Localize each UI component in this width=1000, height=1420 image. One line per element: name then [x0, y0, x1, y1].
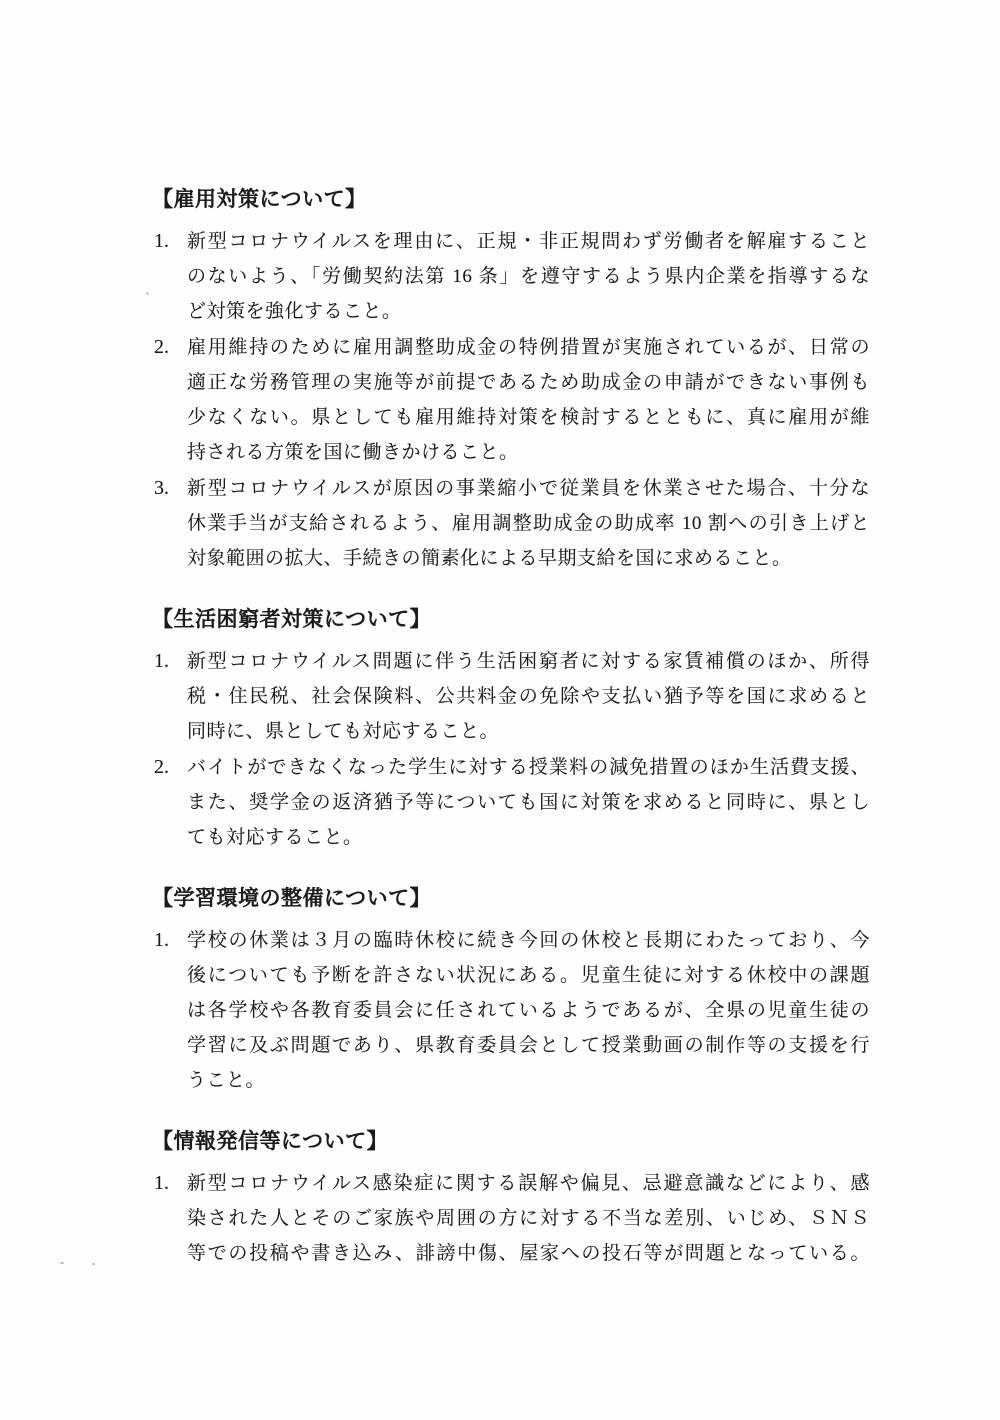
text-line: 新型コロナウイルス感染症に関する誤解や偏見、忌避意識などにより、感 — [187, 1166, 870, 1201]
item-number: 2. — [154, 330, 169, 365]
scan-artifact — [60, 1262, 64, 1264]
text-line: 染された人とそのご家族や周囲の方に対する不当な差別、いじめ、ＳＮＳ — [187, 1201, 870, 1236]
text-line: 同時に、県としても対応すること。 — [187, 714, 870, 749]
text-line: ど対策を強化すること。 — [187, 294, 870, 329]
section-heading: 【生活困窮者対策について】 — [152, 604, 870, 634]
list-item: 2. 雇用維持のために雇用調整助成金の特例措置が実施されているが、日常の 適正な… — [152, 330, 870, 470]
section-employment: 【雇用対策について】 1. 新型コロナウイルスを理由に、正規・非正規問わず労働者… — [152, 184, 870, 576]
list-item: 2. バイトができなくなった学生に対する授業料の減免措置のほか生活費支援、 また… — [152, 750, 870, 855]
section-heading: 【情報発信等について】 — [152, 1126, 870, 1156]
scan-artifact — [92, 1263, 95, 1265]
text-line: 学校の休業は３月の臨時休校に続き今回の休校と長期にわたっており、今 — [187, 923, 870, 958]
item-number: 1. — [154, 224, 169, 259]
text-line: 学習に及ぶ問題であり、県教育委員会として授業動画の制作等の支援を行 — [187, 1028, 870, 1063]
text-line: ても対応すること。 — [187, 820, 870, 855]
text-line: また、奨学金の返済猶予等についても国に対策を求めると同時に、県とし — [187, 785, 870, 820]
text-line: うこと。 — [187, 1063, 870, 1098]
section-learning-environment: 【学習環境の整備について】 1. 学校の休業は３月の臨時休校に続き今回の休校と長… — [152, 883, 870, 1098]
item-number: 3. — [154, 471, 169, 506]
text-line: 後についても予断を許さない状況にある。児童生徒に対する休校中の課題 — [187, 958, 870, 993]
list-item: 1. 新型コロナウイルスを理由に、正規・非正規問わず労働者を解雇すること のない… — [152, 224, 870, 329]
document-page: 【雇用対策について】 1. 新型コロナウイルスを理由に、正規・非正規問わず労働者… — [0, 0, 1000, 1420]
list-item: 1. 新型コロナウイルス問題に伴う生活困窮者に対する家賃補償のほか、所得 税・住… — [152, 644, 870, 749]
list-item: 1. 新型コロナウイルス感染症に関する誤解や偏見、忌避意識などにより、感 染され… — [152, 1166, 870, 1271]
text-line: 等での投稿や書き込み、誹謗中傷、屋家への投石等が問題となっている。 — [187, 1236, 870, 1271]
text-line: 雇用維持のために雇用調整助成金の特例措置が実施されているが、日常の — [187, 330, 870, 365]
text-line: 適正な労務管理の実施等が前提であるため助成金の申請ができない事例も — [187, 365, 870, 400]
text-line: 少なくない。県としても雇用維持対策を検討するとともに、真に雇用が維 — [187, 400, 870, 435]
text-line: 税・住民税、社会保険料、公共料金の免除や支払い猶予等を国に求めると — [187, 679, 870, 714]
list-item: 1. 学校の休業は３月の臨時休校に続き今回の休校と長期にわたっており、今 後につ… — [152, 923, 870, 1098]
section-information-dissemination: 【情報発信等について】 1. 新型コロナウイルス感染症に関する誤解や偏見、忌避意… — [152, 1126, 870, 1271]
text-line: 休業手当が支給されるよう、雇用調整助成金の助成率 10 割への引き上げと — [187, 506, 870, 541]
scan-artifact — [146, 292, 149, 295]
text-line: 新型コロナウイルス問題に伴う生活困窮者に対する家賃補償のほか、所得 — [187, 644, 870, 679]
item-number: 2. — [154, 750, 169, 785]
list-item: 3. 新型コロナウイルスが原因の事業縮小で従業員を休業させた場合、十分な 休業手… — [152, 471, 870, 576]
text-line: バイトができなくなった学生に対する授業料の減免措置のほか生活費支援、 — [187, 750, 870, 785]
text-line: 持される方策を国に働きかけること。 — [187, 435, 870, 470]
section-livelihood-support: 【生活困窮者対策について】 1. 新型コロナウイルス問題に伴う生活困窮者に対する… — [152, 604, 870, 855]
item-number: 1. — [154, 923, 169, 958]
section-heading: 【雇用対策について】 — [152, 184, 870, 214]
section-heading: 【学習環境の整備について】 — [152, 883, 870, 913]
text-line: 新型コロナウイルスを理由に、正規・非正規問わず労働者を解雇すること — [187, 224, 870, 259]
item-number: 1. — [154, 644, 169, 679]
text-line: のないよう、「労働契約法第 16 条」を遵守するよう県内企業を指導するな — [187, 259, 870, 294]
text-line: 新型コロナウイルスが原因の事業縮小で従業員を休業させた場合、十分な — [187, 471, 870, 506]
text-line: 対象範囲の拡大、手続きの簡素化による早期支給を国に求めること。 — [187, 541, 870, 576]
text-line: は各学校や各教育委員会に任されているようであるが、全県の児童生徒の — [187, 993, 870, 1028]
item-number: 1. — [154, 1166, 169, 1201]
document-content: 【雇用対策について】 1. 新型コロナウイルスを理由に、正規・非正規問わず労働者… — [152, 184, 870, 1299]
